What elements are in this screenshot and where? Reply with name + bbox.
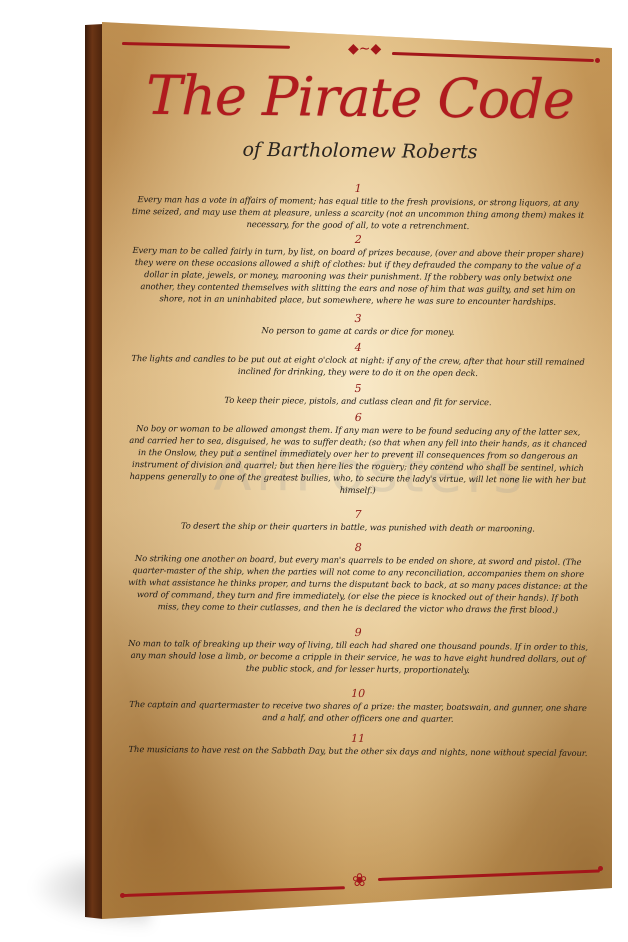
top-rule-end-dot	[595, 58, 600, 63]
poster-subtitle: of Bartholomew Roberts	[200, 138, 520, 163]
article-8: 8 No striking one another on board, but …	[128, 539, 589, 616]
article-text: Every man has a vote in affairs of momen…	[128, 193, 588, 233]
article-4: 4 The lights and candles to be put out a…	[128, 339, 588, 380]
article-text: The captain and quartermaster to receive…	[128, 698, 588, 726]
article-text: Every man to be called fairly in turn, b…	[128, 244, 589, 308]
top-flourish-ornament: ◆∼◆	[348, 42, 381, 56]
article-text: No striking one another on board, but ev…	[128, 552, 589, 616]
article-text: No boy or woman to be allowed amongst th…	[128, 422, 589, 498]
article-6: 6 No boy or woman to be allowed amongst …	[128, 409, 589, 498]
article-7: 7 To desert the ship or their quarters i…	[128, 506, 588, 535]
article-10: 10 The captain and quartermaster to rece…	[128, 685, 588, 726]
articles-list: 1 Every man has a vote in affairs of mom…	[128, 182, 588, 757]
article-3: 3 No person to game at cards or dice for…	[128, 310, 588, 339]
article-2: 2 Every man to be called fairly in turn,…	[128, 231, 589, 308]
article-9: 9 No man to talk of breaking up their wa…	[128, 624, 588, 677]
article-text: No man to talk of breaking up their way …	[128, 637, 588, 677]
canvas-side-edge	[85, 24, 103, 919]
article-5: 5 To keep their piece, pistols, and cutl…	[128, 380, 588, 409]
bottom-rule-end-dot	[598, 866, 603, 871]
article-11: 11 The musicians to have rest on the Sab…	[128, 730, 588, 759]
poster-title: The Pirate Code	[120, 63, 601, 131]
article-1: 1 Every man has a vote in affairs of mom…	[128, 180, 588, 233]
bottom-crest-ornament: ❀	[352, 872, 367, 890]
article-text: The lights and candles to be put out at …	[128, 352, 588, 380]
